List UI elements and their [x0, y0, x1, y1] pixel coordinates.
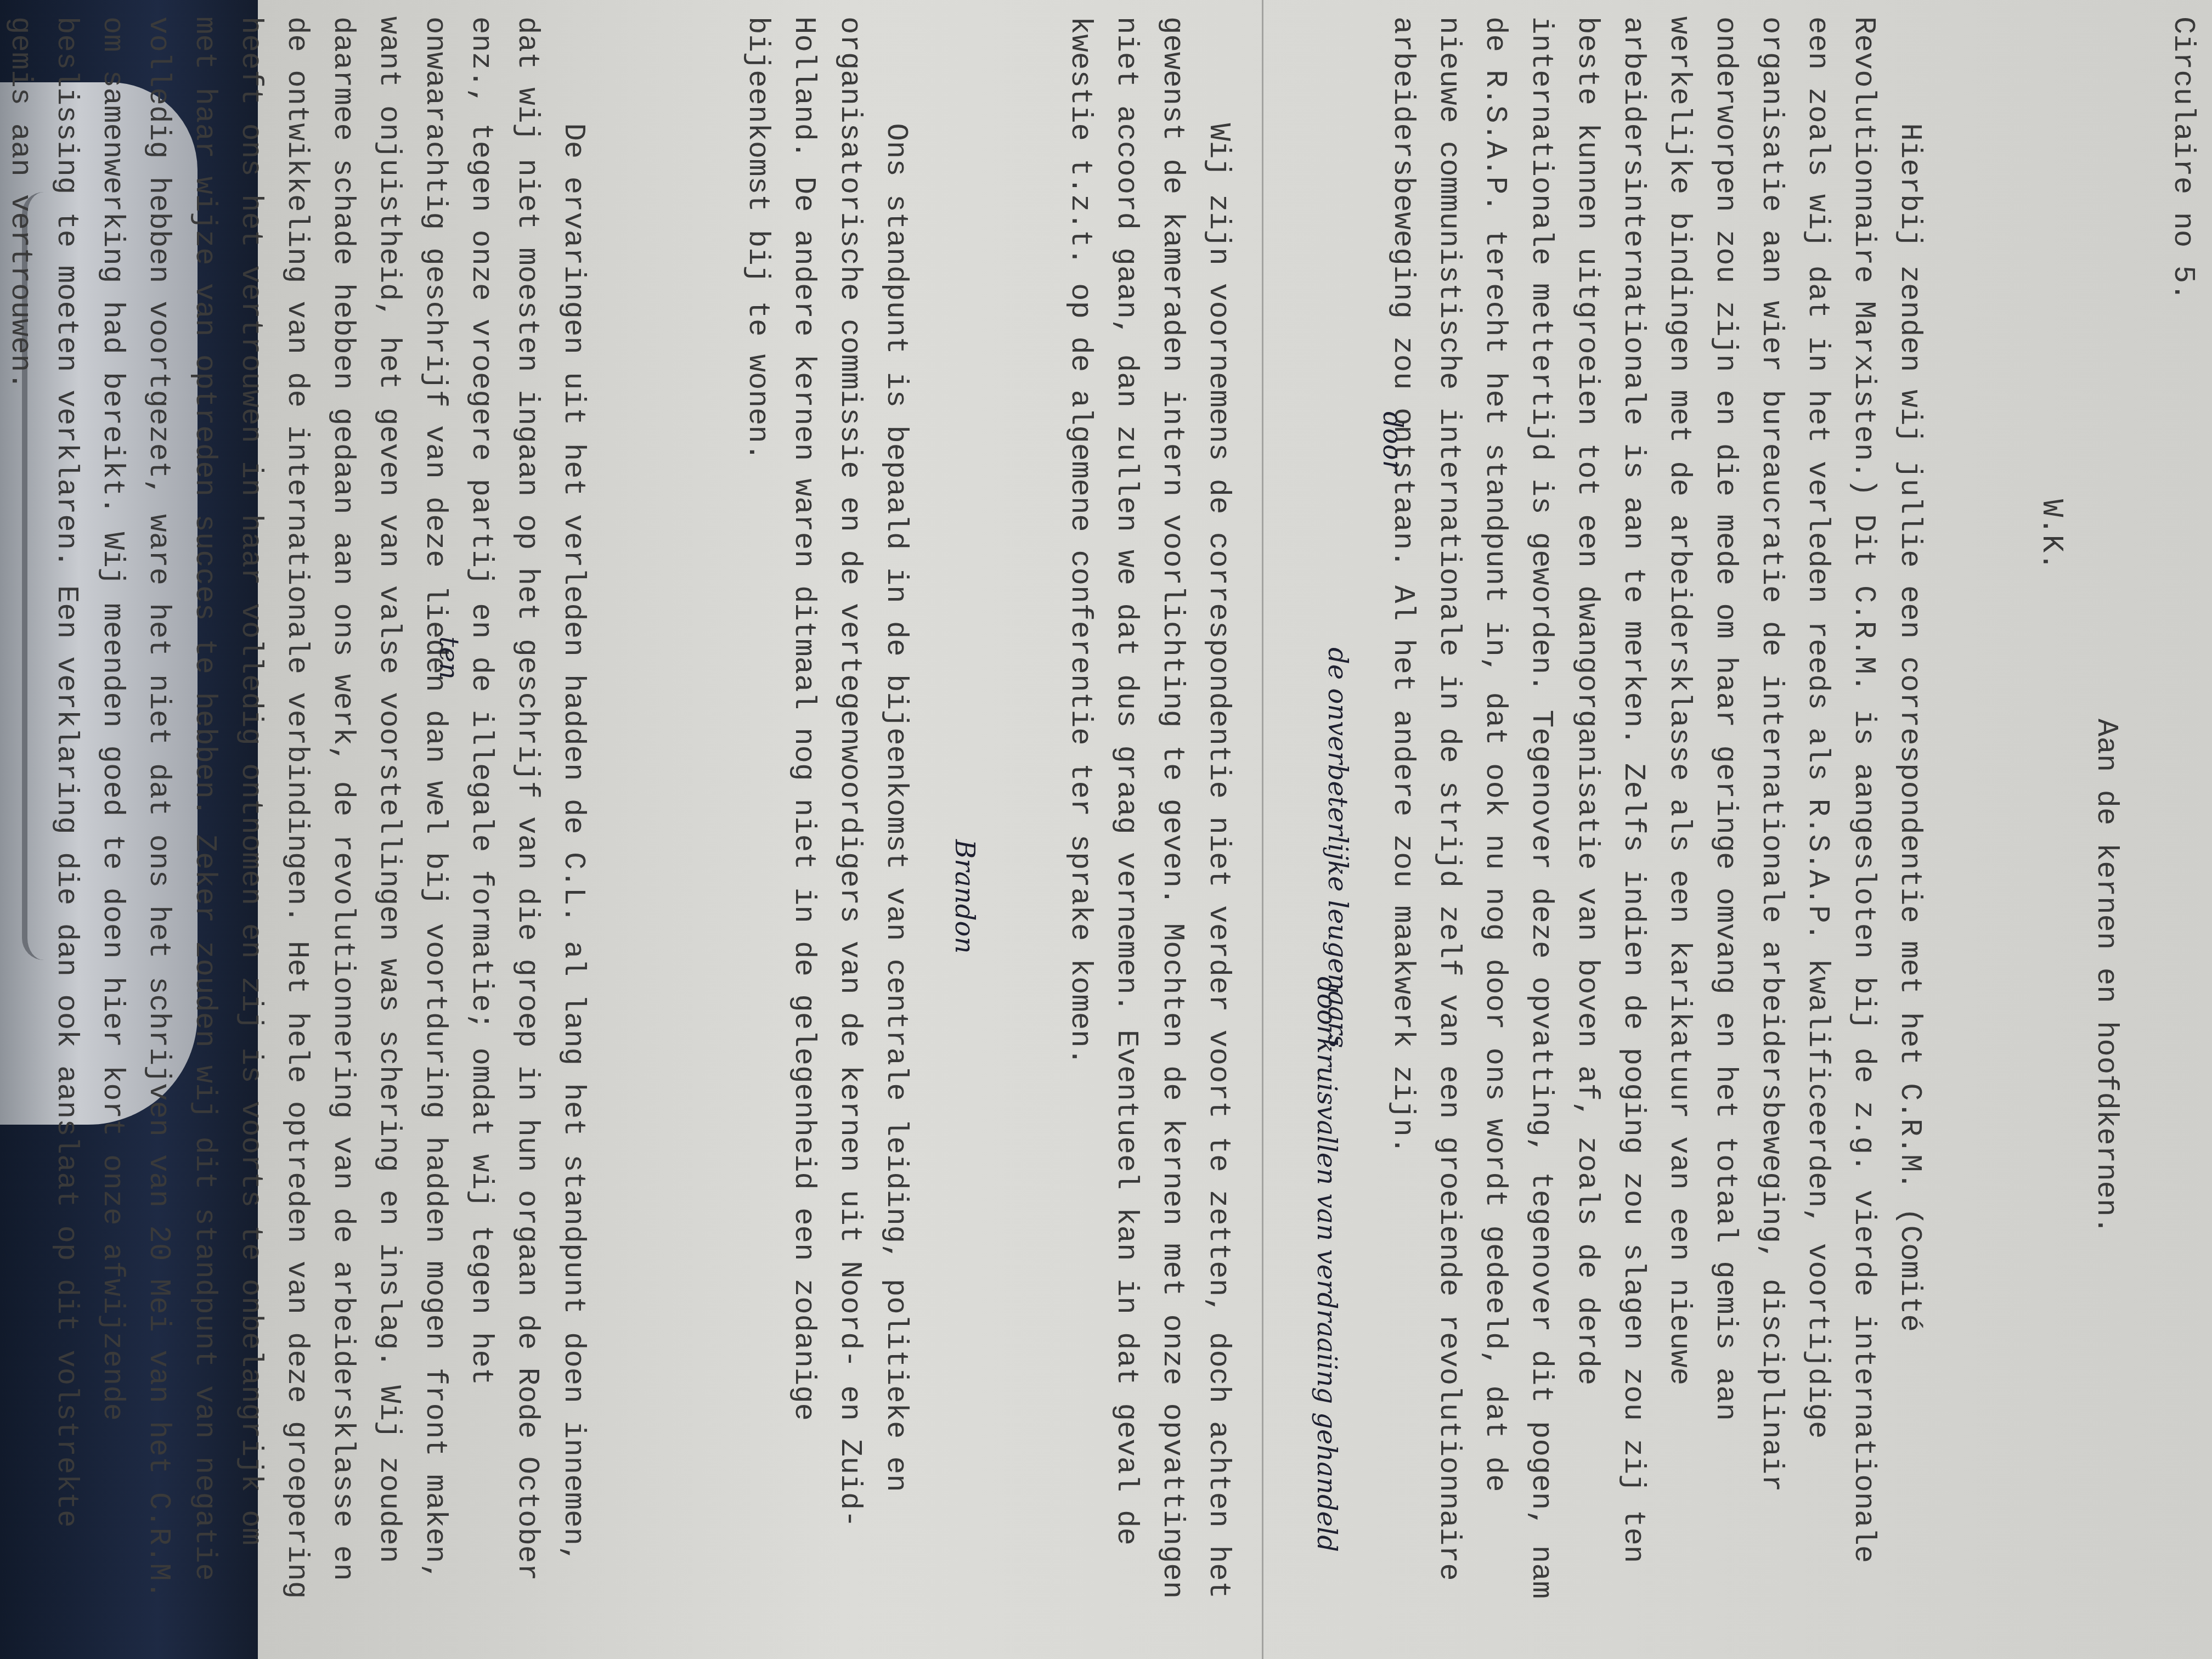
handwritten-annotation: Brandon — [941, 839, 988, 953]
paragraph: Hierbij zenden wij jullie een correspond… — [1379, 16, 1932, 1607]
addressee: Aan de kernen en hoofdkernen. — [2083, 719, 2129, 1234]
letter-body: Hierbij zenden wij jullie een correspond… — [0, 16, 2024, 1607]
handwritten-annotation: ten — [426, 636, 472, 680]
paragraph: Wij zijn voornemens de correspondentie n… — [1057, 16, 1241, 1607]
sender-initials: W.K. — [2028, 499, 2074, 571]
handwritten-annotation: doorkruisvallen van verdraaiing gehandel… — [1304, 977, 1350, 1552]
paragraph: Ons standpunt is bepaald in de bijeenkom… — [734, 16, 918, 1607]
handwritten-annotation: door — [1369, 411, 1415, 472]
paragraph: De ervaringen uit het verleden hadden de… — [0, 16, 596, 1607]
circular-title: Circulaire no 5. — [2159, 16, 2205, 301]
typewritten-page: Circulaire no 5. Aan de kernen en hoofdk… — [285, 16, 2205, 1640]
